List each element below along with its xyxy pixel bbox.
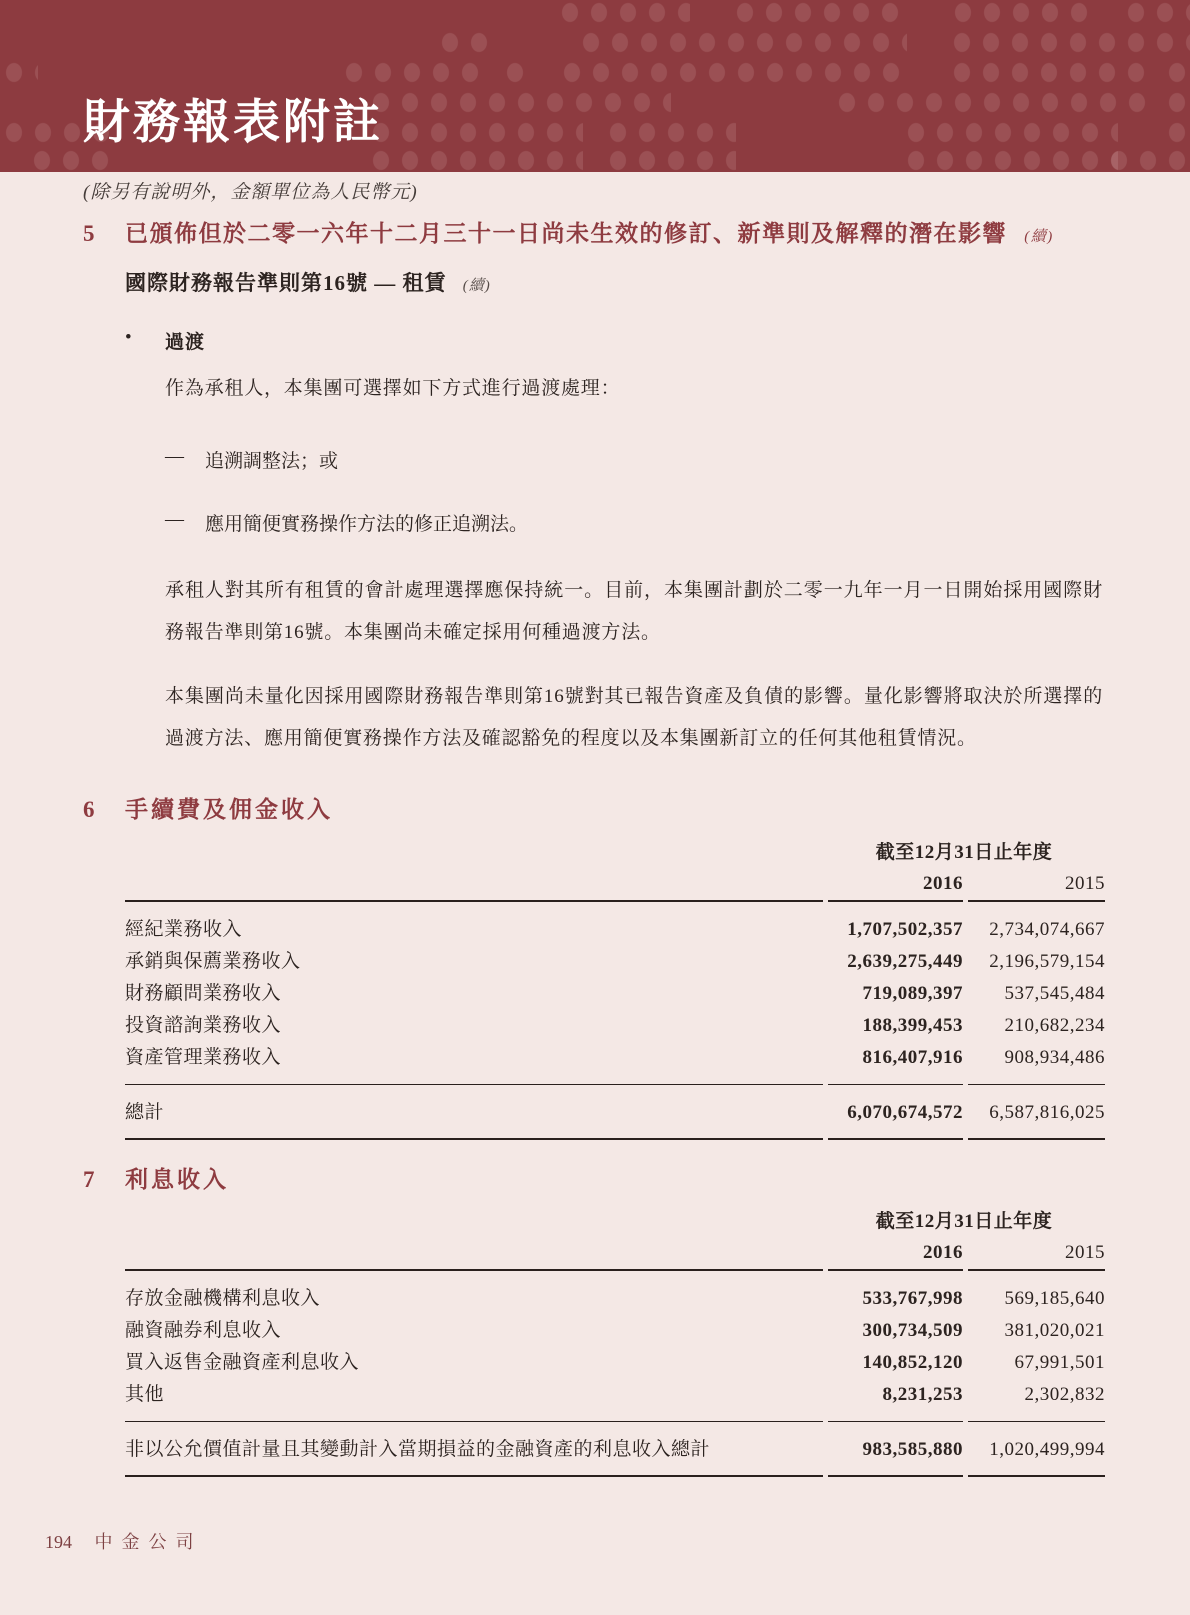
transition-text-block: 作為承租人，本集團可選擇如下方式進行過渡處理： — 追溯調整法；或 — 應用簡便…: [165, 368, 1103, 760]
table-year-row: 2016 2015: [125, 868, 1105, 900]
row-value-2016: 533,767,998: [828, 1283, 963, 1315]
header-band: 財務報表附註: [0, 0, 1190, 172]
table-year-row: 2016 2015: [125, 1237, 1105, 1269]
section-6: 6 手續費及佣金收入 截至12月31日止年度 2016 2015: [83, 796, 1105, 1140]
rule-segment: [828, 1475, 963, 1477]
dot-row-segment: [949, 2, 1089, 23]
dot-row-segment: [28, 150, 116, 171]
section-5-continued-mark: (續): [1024, 229, 1054, 245]
section-5-number: 5: [83, 221, 125, 247]
list-item: — 追溯調整法；或: [165, 446, 1103, 473]
interest-income-table: 截至12月31日止年度 2016 2015 存放金融機構利息收入 533,767…: [125, 1206, 1105, 1477]
dot-row-segment: [501, 62, 529, 83]
table-period-header-row: 截至12月31日止年度: [125, 837, 1105, 864]
total-value-2016: 6,070,674,572: [828, 1097, 963, 1129]
section-7-title: 利息收入: [125, 1166, 229, 1195]
bullet-marker: •: [125, 327, 165, 354]
dash-marker: —: [165, 446, 205, 473]
section-6-number: 6: [83, 797, 125, 823]
dot-row-segment: [436, 32, 492, 53]
dot-row-segment: [367, 122, 583, 143]
row-value-2015: 381,020,021: [968, 1315, 1105, 1347]
table-top-rule: [125, 1269, 1105, 1271]
table-row: 經紀業務收入 1,707,502,357 2,734,074,667: [125, 914, 1105, 946]
dot-row-segment: [0, 62, 38, 83]
dot-row-segment: [604, 150, 736, 171]
period-header: 截至12月31日止年度: [823, 837, 1105, 864]
total-value-2016: 983,585,880: [828, 1434, 963, 1466]
dot-row-segment: [604, 122, 736, 143]
table-total-row: 非以公允價值計量且其變動計入當期損益的金融資產的利息收入總計 983,585,8…: [125, 1422, 1105, 1475]
row-label: 承銷與保薦業務收入: [125, 946, 823, 978]
table-row: 融資融券利息收入 300,734,509 381,020,021: [125, 1315, 1105, 1347]
rule-segment: [125, 1421, 823, 1422]
rule-segment: [828, 1138, 963, 1140]
section-7-number: 7: [83, 1167, 125, 1193]
section-7: 7 利息收入 截至12月31日止年度 2016 2015: [83, 1166, 1105, 1478]
total-value-2015: 1,020,499,994: [968, 1434, 1105, 1466]
transition-bullet-label: 過渡: [165, 327, 205, 354]
table-body: 經紀業務收入 1,707,502,357 2,734,074,667 承銷與保薦…: [125, 902, 1105, 1084]
section-6-heading: 6 手續費及佣金收入: [83, 796, 1105, 825]
rule-segment: [968, 1084, 1105, 1085]
row-value-2016: 719,089,397: [828, 978, 963, 1010]
list-item: — 應用簡便實務操作方法的修正追溯法。: [165, 509, 1103, 536]
row-label: 其他: [125, 1379, 823, 1411]
section-6-title: 手續費及佣金收入: [125, 796, 333, 825]
table-row: 承銷與保薦業務收入 2,639,275,449 2,196,579,154: [125, 946, 1105, 978]
rule-segment: [125, 1475, 823, 1477]
rule-segment: [125, 1138, 823, 1140]
ifrs16-subtitle-text: 國際財務報告準則第16號 — 租賃: [125, 271, 447, 295]
row-label: 投資諮詢業務收入: [125, 1010, 823, 1042]
dot-row-segment: [1163, 92, 1190, 113]
total-label: 非以公允價值計量且其變動計入當期損益的金融資產的利息收入總計: [125, 1434, 823, 1466]
row-value-2016: 188,399,453: [828, 1010, 963, 1042]
dot-row-segment: [367, 92, 671, 113]
dot-row-segment: [558, 62, 910, 83]
rule-segment: [828, 1269, 963, 1271]
table-row: 財務顧問業務收入 719,089,397 537,545,484: [125, 978, 1105, 1010]
section-5-heading: 5 已頒佈但於二零一六年十二月三十一日尚未生效的修訂、新準則及解釋的潛在影響 (…: [83, 220, 1105, 249]
row-value-2016: 140,852,120: [828, 1347, 963, 1379]
dot-row-segment: [1163, 122, 1190, 143]
total-value-2015: 6,587,816,025: [968, 1097, 1105, 1129]
table-row: 其他 8,231,253 2,302,832: [125, 1379, 1105, 1411]
rule-segment: [828, 900, 963, 902]
dot-row-segment: [1163, 62, 1190, 83]
transition-paragraph-3: 本集團尚未量化因採用國際財務報告準則第16號對其已報告資產及負債的影響。量化影響…: [165, 676, 1103, 760]
table-total-row: 總計 6,070,674,572 6,587,816,025: [125, 1085, 1105, 1138]
dot-row-segment: [1105, 150, 1190, 171]
document-page: 財務報表附註 (除另有說明外，金額單位為人民幣元) 5 已頒佈但於二零一六年十二…: [0, 0, 1190, 1615]
section-7-heading: 7 利息收入: [83, 1166, 1105, 1195]
dot-row-segment: [340, 62, 484, 83]
page-footer: 194 中金公司: [45, 1528, 203, 1554]
section-6-body: 截至12月31日止年度 2016 2015 經紀業務收入 1,707,502,3…: [125, 837, 1105, 1140]
table-subtotal-rule: [125, 1421, 1105, 1422]
year-2016-header: 2016: [828, 1237, 963, 1269]
row-value-2016: 2,639,275,449: [828, 946, 963, 978]
dot-row-segment: [902, 150, 1118, 171]
dash-marker: —: [165, 509, 205, 536]
row-value-2016: 8,231,253: [828, 1379, 963, 1411]
year-row-spacer: [125, 1237, 823, 1269]
ifrs16-subtitle: 國際財務報告準則第16號 — 租賃 (續): [125, 267, 1105, 297]
row-value-2016: 300,734,509: [828, 1315, 963, 1347]
table-top-rule: [125, 900, 1105, 902]
section-5-body: 國際財務報告準則第16號 — 租賃 (續) • 過渡 作為承租人，本集團可選擇如…: [125, 267, 1105, 760]
transition-paragraph-2: 承租人對其所有租賃的會計處理選擇應保持統一。目前，本集團計劃於二零一九年一月一日…: [165, 570, 1103, 654]
table-subtotal-rule: [125, 1084, 1105, 1085]
dot-row-segment: [577, 32, 907, 53]
transition-bullet: • 過渡: [125, 327, 1105, 354]
row-value-2015: 2,734,074,667: [968, 914, 1105, 946]
section-7-body: 截至12月31日止年度 2016 2015 存放金融機構利息收入 533,767…: [125, 1206, 1105, 1477]
table-row: 買入返售金融資產利息收入 140,852,120 67,991,501: [125, 1347, 1105, 1379]
table-row: 投資諮詢業務收入 188,399,453 210,682,234: [125, 1010, 1105, 1042]
dot-row-segment: [556, 2, 690, 23]
company-name: 中金公司: [95, 1532, 203, 1552]
ifrs16-continued-mark: (續): [463, 278, 491, 294]
year-2015-header: 2015: [968, 868, 1105, 900]
list-item-text: 應用簡便實務操作方法的修正追溯法。: [205, 509, 528, 536]
row-value-2015: 2,196,579,154: [968, 946, 1105, 978]
rule-segment: [125, 1084, 823, 1085]
rule-segment: [968, 900, 1105, 902]
currency-note: (除另有說明外，金額單位為人民幣元): [83, 177, 418, 204]
row-value-2015: 569,185,640: [968, 1283, 1105, 1315]
row-value-2015: 537,545,484: [968, 978, 1105, 1010]
page-number: 194: [45, 1532, 72, 1552]
page-content: 5 已頒佈但於二零一六年十二月三十一日尚未生效的修訂、新準則及解釋的潛在影響 (…: [83, 220, 1105, 1477]
section-5-title-text: 已頒佈但於二零一六年十二月三十一日尚未生效的修訂、新準則及解釋的潛在影響: [125, 221, 1007, 246]
dot-row-segment: [367, 150, 583, 171]
row-value-2015: 67,991,501: [968, 1347, 1105, 1379]
rule-segment: [125, 900, 823, 902]
row-value-2015: 908,934,486: [968, 1042, 1105, 1074]
table-row: 存放金融機構利息收入 533,767,998 569,185,640: [125, 1283, 1105, 1315]
page-title: 財務報表附註: [83, 98, 383, 150]
rule-segment: [828, 1084, 963, 1085]
row-value-2015: 210,682,234: [968, 1010, 1105, 1042]
row-value-2016: 816,407,916: [828, 1042, 963, 1074]
table-bottom-rule: [125, 1475, 1105, 1477]
fee-commission-table: 截至12月31日止年度 2016 2015 經紀業務收入 1,707,502,3…: [125, 837, 1105, 1140]
year-row-spacer: [125, 868, 823, 900]
row-label: 買入返售金融資產利息收入: [125, 1347, 823, 1379]
row-label: 存放金融機構利息收入: [125, 1283, 823, 1315]
rule-segment: [125, 1269, 823, 1271]
section-5-title: 已頒佈但於二零一六年十二月三十一日尚未生效的修訂、新準則及解釋的潛在影響 (續): [125, 220, 1054, 249]
rule-segment: [828, 1421, 963, 1422]
row-label: 經紀業務收入: [125, 914, 823, 946]
year-2015-header: 2015: [968, 1237, 1105, 1269]
section-5: 5 已頒佈但於二零一六年十二月三十一日尚未生效的修訂、新準則及解釋的潛在影響 (…: [83, 220, 1105, 760]
row-label: 資產管理業務收入: [125, 1042, 823, 1074]
table-bottom-rule: [125, 1138, 1105, 1140]
rule-segment: [968, 1138, 1105, 1140]
table-row: 資產管理業務收入 816,407,916 908,934,486: [125, 1042, 1105, 1074]
dot-row-segment: [833, 92, 1153, 113]
year-2016-header: 2016: [828, 868, 963, 900]
dot-row-segment: [902, 122, 1118, 143]
dot-row-segment: [948, 32, 1190, 53]
dot-row-segment: [731, 2, 907, 23]
rule-segment: [968, 1269, 1105, 1271]
dot-row-segment: [1122, 2, 1190, 23]
period-header: 截至12月31日止年度: [823, 1206, 1105, 1233]
list-item-text: 追溯調整法；或: [205, 446, 338, 473]
dot-row-segment: [948, 62, 1148, 83]
total-label: 總計: [125, 1097, 823, 1129]
rule-segment: [968, 1421, 1105, 1422]
row-value-2016: 1,707,502,357: [828, 914, 963, 946]
table-period-header-row: 截至12月31日止年度: [125, 1206, 1105, 1233]
rule-segment: [968, 1475, 1105, 1477]
row-value-2015: 2,302,832: [968, 1379, 1105, 1411]
table-body: 存放金融機構利息收入 533,767,998 569,185,640 融資融券利…: [125, 1271, 1105, 1421]
row-label: 融資融券利息收入: [125, 1315, 823, 1347]
row-label: 財務顧問業務收入: [125, 978, 823, 1010]
transition-intro: 作為承租人，本集團可選擇如下方式進行過渡處理：: [165, 368, 1103, 410]
